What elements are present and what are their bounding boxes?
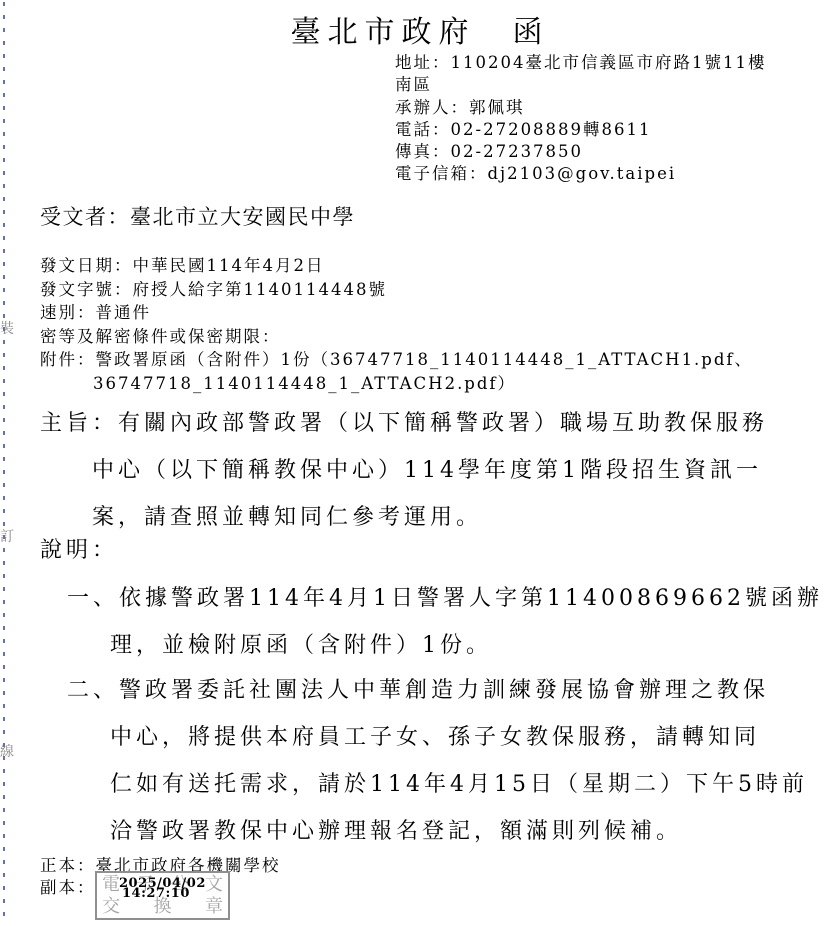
item1-text-1: 依據警政署114年4月1日警署人字第11400869662號函辦 [119,586,823,611]
meta-attachment-line1: 附件：警政署原函（含附件）1份（36747718_1140114448_1_AT… [40,348,753,372]
subject-line1: 主旨：有關內政部警政署（以下簡稱警政署）職場互助教保服務 [40,400,768,447]
official-letter-page: 裝 訂 線 臺北市政府 函 地址：110204臺北市信義區市府路1號11樓 南區… [0,0,840,926]
item1-line1: 一、依據警政署114年4月1日警署人字第11400869662號函辦 [67,575,823,622]
meta-priority: 速別：普通件 [40,301,753,325]
subject-text-2: 中心（以下簡稱教保中心）114學年度第1階段招生資訊一 [92,447,768,494]
recipient-line: 受文者：臺北市立大安國民中學 [40,201,355,231]
document-title: 臺北市政府 函 [0,7,840,51]
binding-mark-zhuang: 裝 [0,322,14,336]
item2-text-2: 中心，將提供本府員工子女、孫子女教保服務，請轉知同 [110,714,808,761]
sender-contact-person: 承辦人：郭佩琪 [395,97,766,119]
sender-address-line2: 南區 [395,74,766,96]
item2-text-3: 仁如有送托需求，請於114年4月15日（星期二）下午5時前 [110,761,808,808]
subject-text-1: 有關內政部警政署（以下簡稱警政署）職場互助教保服務 [118,411,768,436]
meta-attachment-line2: 36747718_1140114448_1_ATTACH2.pdf） [40,372,753,396]
binding-mark-xian: 線 [0,745,14,759]
meta-classification: 密等及解密條件或保密期限： [40,325,753,349]
binding-mark-ding: 訂 [0,530,14,544]
binding-dotted-line [3,2,5,924]
explanation-item-2: 二、警政署委託社團法人中華創造力訓練發展協會辦理之教保 中心，將提供本府員工子女… [67,667,808,855]
subject-section: 主旨：有關內政部警政署（以下簡稱警政署）職場互助教保服務 中心（以下簡稱教保中心… [40,400,768,541]
subject-label: 主旨： [40,411,118,436]
meta-reference-number: 發文字號：府授人給字第1140114448號 [40,278,753,302]
stamp-time: 14:27:10 [122,887,190,900]
document-meta-block: 發文日期：中華民國114年4月2日 發文字號：府授人給字第1140114448號… [40,254,753,396]
item2-text-1: 警政署委託社團法人中華創造力訓練發展協會辦理之教保 [119,678,769,703]
item1-number: 一、 [67,586,119,611]
item2-line1: 二、警政署委託社團法人中華創造力訓練發展協會辦理之教保 [67,667,808,714]
meta-issue-date: 發文日期：中華民國114年4月2日 [40,254,753,278]
item1-text-2: 理，並檢附原函（含附件）1份。 [110,622,823,669]
sender-fax: 傳真：02-27237850 [395,141,766,163]
sender-email: 電子信箱：dj2103@gov.taipei [395,163,766,185]
explanation-item-1: 一、依據警政署114年4月1日警署人字第11400869662號函辦 理，並檢附… [67,575,823,669]
item2-number: 二、 [67,678,119,703]
sender-phone: 電話：02-27208889轉8611 [395,119,766,141]
carbon-copy-label: 副本： [40,874,96,898]
sender-address-line1: 地址：110204臺北市信義區市府路1號11樓 [395,52,766,74]
subject-text-3: 案，請查照並轉知同仁參考運用。 [92,494,768,541]
item2-text-4: 洽警政署教保中心辦理報名登記，額滿則列候補。 [110,808,808,855]
explanation-heading: 說明： [40,527,118,574]
electronic-exchange-stamp: 電子公文 交換章 2025/04/02 14:27:10 [95,871,230,920]
sender-info-block: 地址：110204臺北市信義區市府路1號11樓 南區 承辦人：郭佩琪 電話：02… [395,52,766,186]
